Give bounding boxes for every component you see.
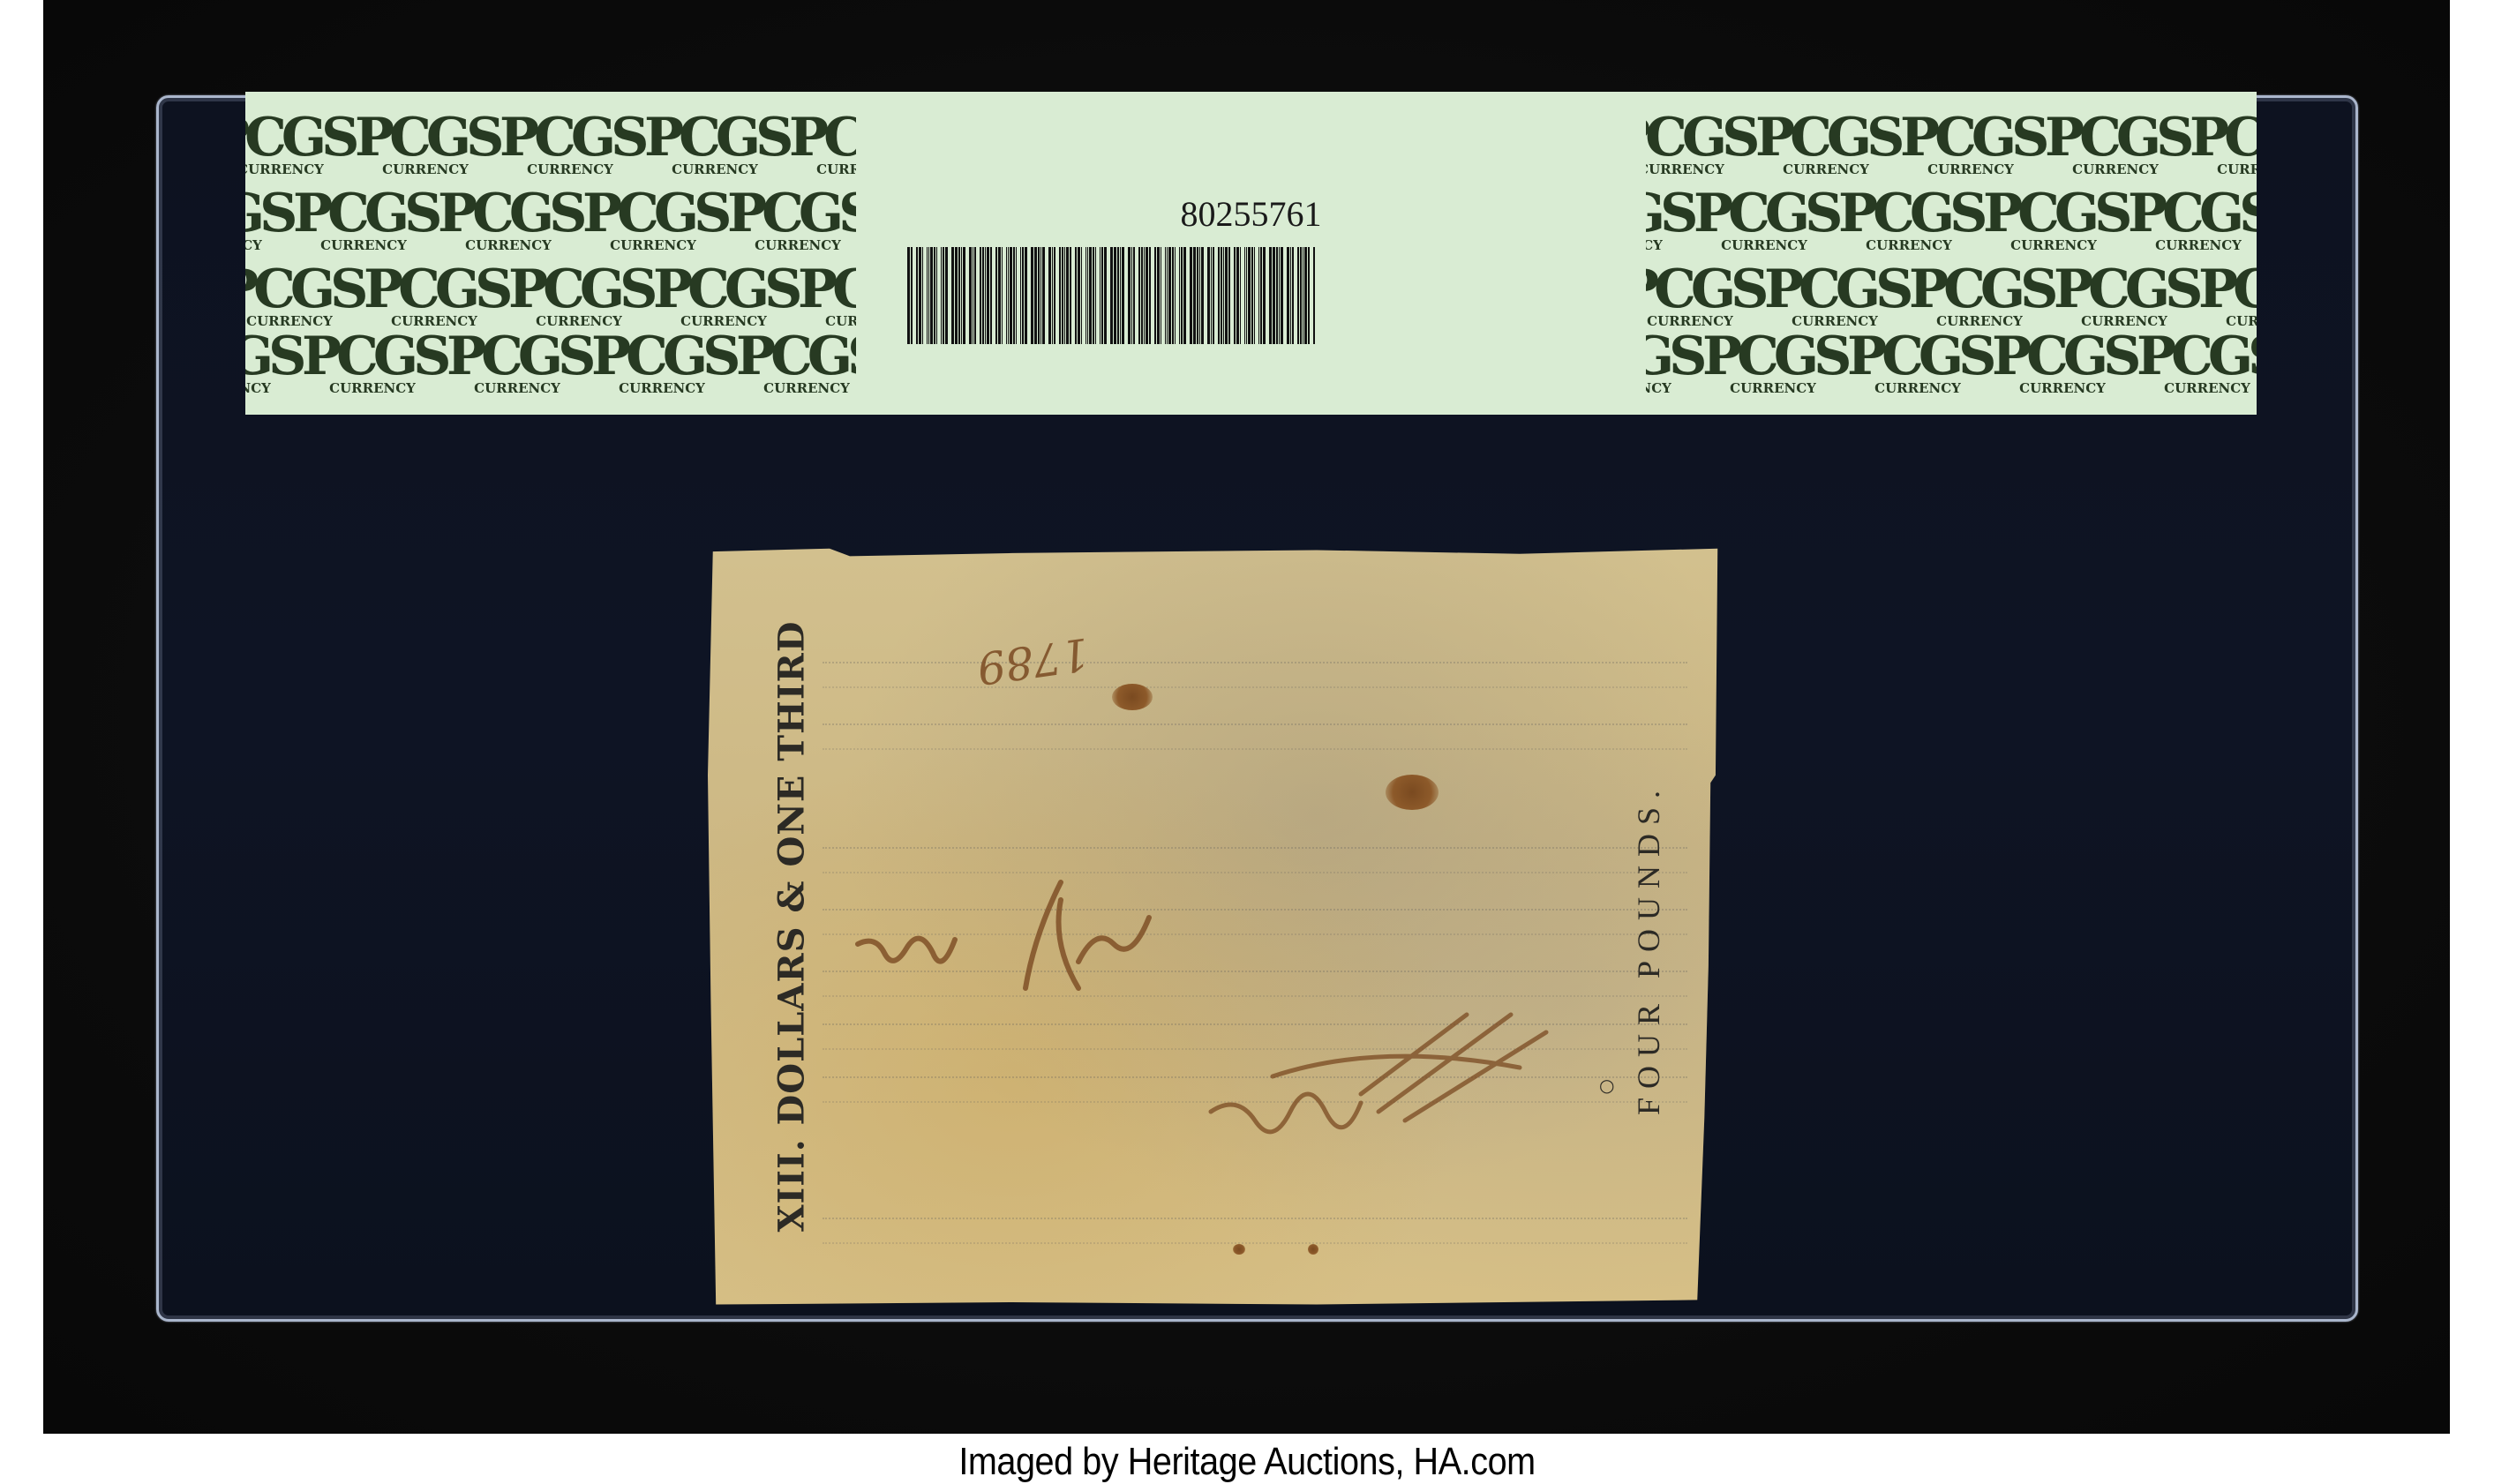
pcgs-pattern-row: PCGSCURRENCYPCGSCURRENCYPCGSCURRENCYPCGS…	[1646, 111, 2257, 176]
stain-spot	[1386, 775, 1439, 810]
pcgs-pattern-row: PCGSCURRENCYPCGSCURRENCYPCGSCURRENCYPCGS…	[245, 111, 856, 176]
ghost-print-line	[823, 662, 1687, 688]
pcgs-logo-icon: PCGSCURRENCY	[2045, 111, 2186, 176]
stain-spot	[1308, 1244, 1318, 1255]
stain-spot	[1233, 1244, 1245, 1255]
pcgs-label: PCGSCURRENCYPCGSCURRENCYPCGSCURRENCYPCGS…	[245, 92, 2257, 415]
pcgs-logo-icon: PCGSCURRENCY	[245, 330, 298, 395]
denomination-dollars-text: XIII. DOLLARS & ONE THIRD	[771, 621, 813, 1233]
pcgs-logo-icon: PCGSCURRENCY	[364, 263, 505, 328]
pcgs-pattern-left: PCGSCURRENCYPCGSCURRENCYPCGSCURRENCYPCGS…	[245, 92, 856, 415]
pcgs-logo-icon: PCGSCURRENCY	[798, 263, 856, 328]
pcgs-logo-icon: PCGSCURRENCY	[653, 263, 794, 328]
pcgs-pattern-row: PCGSCURRENCYPCGSCURRENCYPCGSCURRENCYPCGS…	[1646, 330, 2257, 395]
pcgs-logo-icon: PCGSCURRENCY	[2137, 330, 2257, 395]
pcgs-logo-icon: PCGSCURRENCY	[302, 330, 443, 395]
cert-number: 80255761	[245, 193, 2257, 235]
signature-right	[1202, 979, 1573, 1156]
currency-note: XIII. DOLLARS & ONE THIRD FOUR POUNDS. 1…	[708, 547, 1723, 1308]
pcgs-logo-icon: PCGSCURRENCY	[789, 111, 856, 176]
pcgs-logo-icon: PCGSCURRENCY	[1646, 263, 1761, 328]
plate-letter-mark: ○	[1599, 1075, 1614, 1096]
pcgs-logo-icon: PCGSCURRENCY	[2054, 263, 2195, 328]
pcgs-logo-icon: PCGSCURRENCY	[1900, 111, 2041, 176]
pcgs-logo-icon: PCGSCURRENCY	[500, 111, 641, 176]
denomination-pounds-text: FOUR POUNDS.	[1630, 782, 1667, 1115]
pcgs-pattern-row: PCGSCURRENCYPCGSCURRENCYPCGSCURRENCYPCGS…	[245, 263, 856, 328]
pcgs-logo-icon: PCGSCURRENCY	[508, 263, 650, 328]
pcgs-logo-icon: PCGSCURRENCY	[644, 111, 785, 176]
pcgs-logo-icon: PCGSCURRENCY	[2190, 111, 2257, 176]
image-credit-caption: Imaged by Heritage Auctions, HA.com	[124, 1440, 2369, 1484]
pcgs-logo-icon: PCGSCURRENCY	[1646, 330, 1699, 395]
pcgs-pattern-row: PCGSCURRENCYPCGSCURRENCYPCGSCURRENCYPCGS…	[1646, 263, 2257, 328]
pcgs-logo-icon: PCGSCURRENCY	[1755, 111, 1897, 176]
pcgs-logo-icon: PCGSCURRENCY	[245, 111, 351, 176]
ghost-print-line	[823, 723, 1687, 750]
pcgs-logo-icon: PCGSCURRENCY	[736, 330, 856, 395]
stain-spot	[1112, 684, 1153, 710]
pcgs-pattern-row: PCGSCURRENCYPCGSCURRENCYPCGSCURRENCYPCGS…	[245, 330, 856, 395]
pcgs-logo-icon: PCGSCURRENCY	[1992, 330, 2133, 395]
pcgs-logo-icon: PCGSCURRENCY	[2198, 263, 2257, 328]
pcgs-logo-icon: PCGSCURRENCY	[245, 263, 360, 328]
pcgs-logo-icon: PCGSCURRENCY	[1909, 263, 2050, 328]
pcgs-logo-icon: PCGSCURRENCY	[447, 330, 588, 395]
pcgs-logo-icon: PCGSCURRENCY	[355, 111, 496, 176]
pcgs-logo-icon: PCGSCURRENCY	[1646, 111, 1752, 176]
barcode	[907, 247, 1317, 344]
signature-left	[849, 847, 1220, 1015]
pcgs-pattern-right: PCGSCURRENCYPCGSCURRENCYPCGSCURRENCYPCGS…	[1646, 92, 2257, 415]
pcgs-logo-icon: PCGSCURRENCY	[1847, 330, 1988, 395]
ghost-print-line	[823, 1218, 1687, 1244]
pcgs-logo-icon: PCGSCURRENCY	[1764, 263, 1905, 328]
pcgs-logo-icon: PCGSCURRENCY	[591, 330, 732, 395]
pcgs-logo-icon: PCGSCURRENCY	[1702, 330, 1844, 395]
